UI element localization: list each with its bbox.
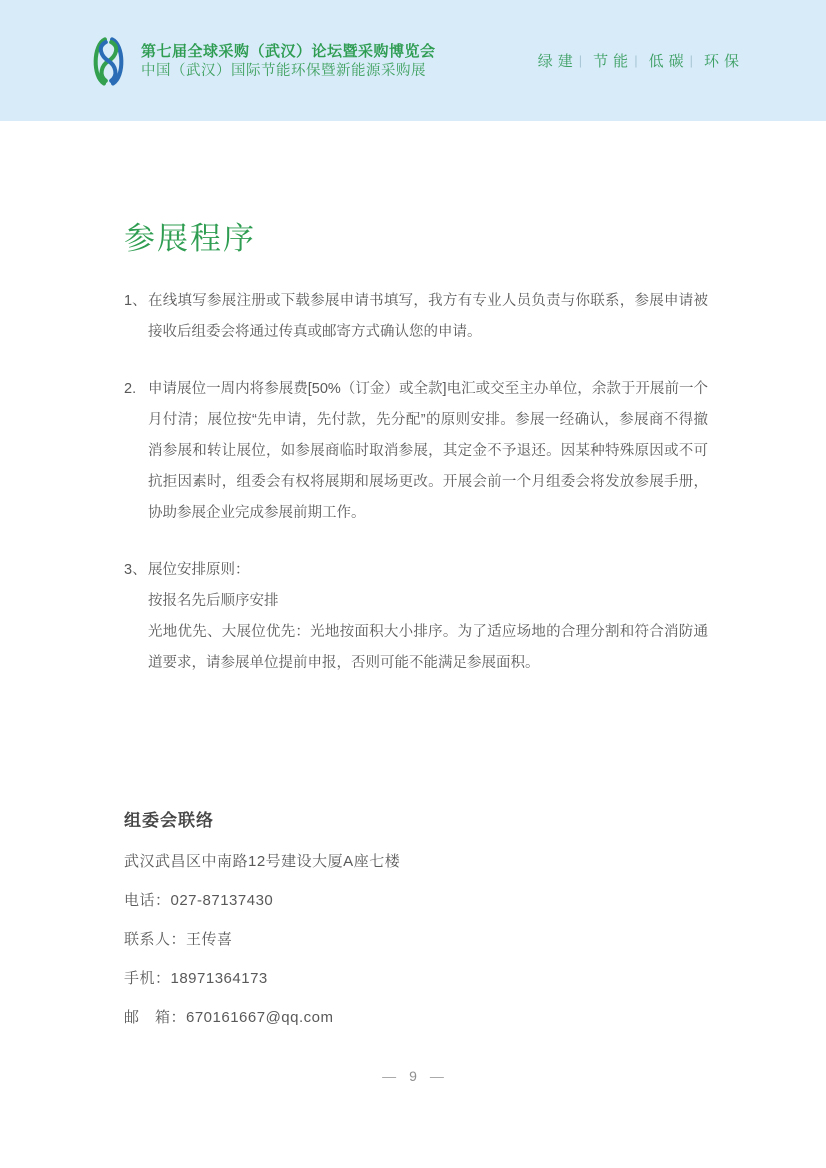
contact-section: 组委会联络 武汉武昌区中南路12号建设大厦A座七楼 电话：027-8713743… [124, 806, 708, 1026]
expo-logo-icon [86, 33, 131, 89]
slogan-word: 绿建 [538, 50, 578, 71]
contact-address: 武汉武昌区中南路12号建设大厦A座七楼 [124, 853, 708, 870]
list-item-text: 在线填写参展注册或下载参展申请书填写，我方有专业人员负责与你联系，参展申请被接收… [148, 286, 708, 348]
contact-heading: 组委会联络 [124, 806, 708, 831]
slogan-separator: | [579, 53, 582, 68]
contact-mobile: 手机：18971364173 [124, 970, 708, 987]
document-page: 第七届全球采购（武汉）论坛暨采购博览会 中国（武汉）国际节能环保暨新能源采购展 … [0, 0, 826, 1168]
contact-phone: 电话：027-87137430 [124, 892, 708, 909]
footer-dash: — [382, 1068, 396, 1084]
list-item-text: 展位安排原则： 按报名先后顺序安排 光地优先、大展位优先：光地按面积大小排序。为… [148, 555, 708, 679]
slogan-word: 低碳 [649, 50, 689, 71]
brand-block: 第七届全球采购（武汉）论坛暨采购博览会 中国（武汉）国际节能环保暨新能源采购展 [86, 33, 436, 89]
page-number: 9 [409, 1068, 417, 1084]
brand-text: 第七届全球采购（武汉）论坛暨采购博览会 中国（武汉）国际节能环保暨新能源采购展 [141, 41, 436, 81]
list-item-heading: 展位安排原则： [148, 555, 708, 586]
event-title: 第七届全球采购（武汉）论坛暨采购博览会 [141, 41, 436, 62]
event-subtitle: 中国（武汉）国际节能环保暨新能源采购展 [141, 62, 436, 81]
header-band: 第七届全球采购（武汉）论坛暨采购博览会 中国（武汉）国际节能环保暨新能源采购展 … [0, 0, 826, 121]
contact-email: 邮 箱：670161667@qq.com [124, 1009, 708, 1026]
list-item-marker: 3、 [124, 555, 148, 679]
page-footer: —9— [0, 1068, 826, 1084]
contact-person: 联系人：王传喜 [124, 931, 708, 948]
list-item-subline: 按报名先后顺序安排 [148, 586, 708, 617]
header-slogan: 绿建 | 节能 | 低碳 | 环保 [533, 50, 744, 71]
list-item-marker: 2. [124, 374, 148, 529]
list-item: 2. 申请展位一周内将参展费[50%（订金）或全款]电汇或交至主办单位，余款于开… [124, 374, 708, 529]
slogan-word: 节能 [593, 50, 633, 71]
list-item: 1、 在线填写参展注册或下载参展申请书填写，我方有专业人员负责与你联系，参展申请… [124, 286, 708, 348]
slogan-word: 环保 [704, 50, 744, 71]
slogan-separator: | [634, 53, 637, 68]
procedure-list: 1、 在线填写参展注册或下载参展申请书填写，我方有专业人员负责与你联系，参展申请… [124, 286, 708, 679]
section-title: 参展程序 [124, 213, 708, 258]
footer-dash: — [430, 1068, 444, 1084]
list-item-subline: 光地优先、大展位优先：光地按面积大小排序。为了适应场地的合理分割和符合消防通道要… [148, 617, 708, 679]
slogan-separator: | [690, 53, 693, 68]
page-content: 参展程序 1、 在线填写参展注册或下载参展申请书填写，我方有专业人员负责与你联系… [0, 121, 826, 1026]
list-item: 3、 展位安排原则： 按报名先后顺序安排 光地优先、大展位优先：光地按面积大小排… [124, 555, 708, 679]
list-item-marker: 1、 [124, 286, 148, 348]
list-item-text: 申请展位一周内将参展费[50%（订金）或全款]电汇或交至主办单位，余款于开展前一… [148, 374, 708, 529]
